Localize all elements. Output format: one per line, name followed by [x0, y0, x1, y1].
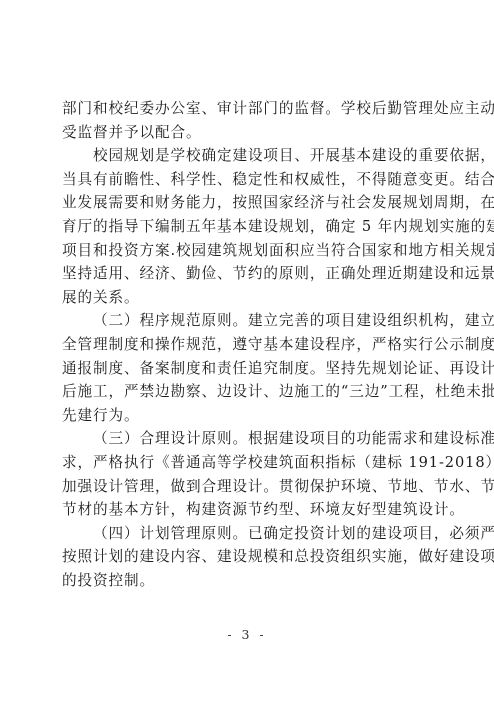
text-line: 求，严格执行《普通高等学校建筑面积指标（建标 191-2018）》。: [62, 451, 436, 475]
text-line: 当具有前瞻性、科学性、稳定性和权威性，不得随意变更。结合事: [62, 168, 436, 192]
paragraph-plan-management-principle: （四）计划管理原则。已确定投资计划的建设项目，必须严格 按照计划的建设内容、建设…: [62, 522, 436, 593]
text-line: 校园规划是学校确定建设项目、开展基本建设的重要依据，应: [62, 144, 436, 168]
text-line: 节材的基本方针，构建资源节约型、环境友好型建筑设计。: [62, 498, 436, 522]
page-number: - 3 -: [0, 627, 494, 642]
section-heading-line: （二）程序规范原则。建立完善的项目建设组织机构，建立健: [62, 309, 436, 333]
document-page: 部门和校纪委办公室、审计部门的监督。学校后勤管理处应主动接 受监督并予以配合。 …: [0, 0, 494, 702]
text-line: 业发展需要和财务能力，按照国家经济与社会发展规划周期，在教: [62, 191, 436, 215]
paragraph-procedure-principle: （二）程序规范原则。建立完善的项目建设组织机构，建立健 全管理制度和操作规范，遵…: [62, 309, 436, 427]
text-line: 的投资控制。: [62, 569, 436, 593]
text-line: 部门和校纪委办公室、审计部门的监督。学校后勤管理处应主动接: [62, 97, 436, 121]
text-line: 通报制度、备案制度和责任追究制度。坚持先规划论证、再设计、: [62, 357, 436, 381]
text-line: 后施工，严禁边勘察、边设计、边施工的“三边”工程，杜绝未批: [62, 380, 436, 404]
document-body: 部门和校纪委办公室、审计部门的监督。学校后勤管理处应主动接 受监督并予以配合。 …: [62, 97, 436, 592]
text-line: 坚持适用、经济、勤俭、节约的原则，正确处理近期建设和远景发: [62, 262, 436, 286]
paragraph-design-principle: （三）合理设计原则。根据建设项目的功能需求和建设标准要 求，严格执行《普通高等学…: [62, 427, 436, 521]
text-line: 先建行为。: [62, 404, 436, 428]
paragraph-supervision: 部门和校纪委办公室、审计部门的监督。学校后勤管理处应主动接 受监督并予以配合。: [62, 97, 436, 144]
text-line: 加强设计管理，做到合理设计。贯彻保护环境、节地、节水、节能、: [62, 475, 436, 499]
section-heading-line: （四）计划管理原则。已确定投资计划的建设项目，必须严格: [62, 522, 436, 546]
text-line: 按照计划的建设内容、建设规模和总投资组织实施，做好建设项目: [62, 545, 436, 569]
text-line: 育厅的指导下编制五年基本建设规划，确定 5 年内规划实施的建设: [62, 215, 436, 239]
paragraph-campus-planning: 校园规划是学校确定建设项目、开展基本建设的重要依据，应 当具有前瞻性、科学性、稳…: [62, 144, 436, 309]
text-line: 受监督并予以配合。: [62, 121, 436, 145]
text-line: 全管理制度和操作规范，遵守基本建设程序，严格实行公示制度、: [62, 333, 436, 357]
text-line: 展的关系。: [62, 286, 436, 310]
text-line: 项目和投资方案.校园建筑规划面积应当符合国家和地方相关规定。: [62, 239, 436, 263]
section-heading-line: （三）合理设计原则。根据建设项目的功能需求和建设标准要: [62, 427, 436, 451]
